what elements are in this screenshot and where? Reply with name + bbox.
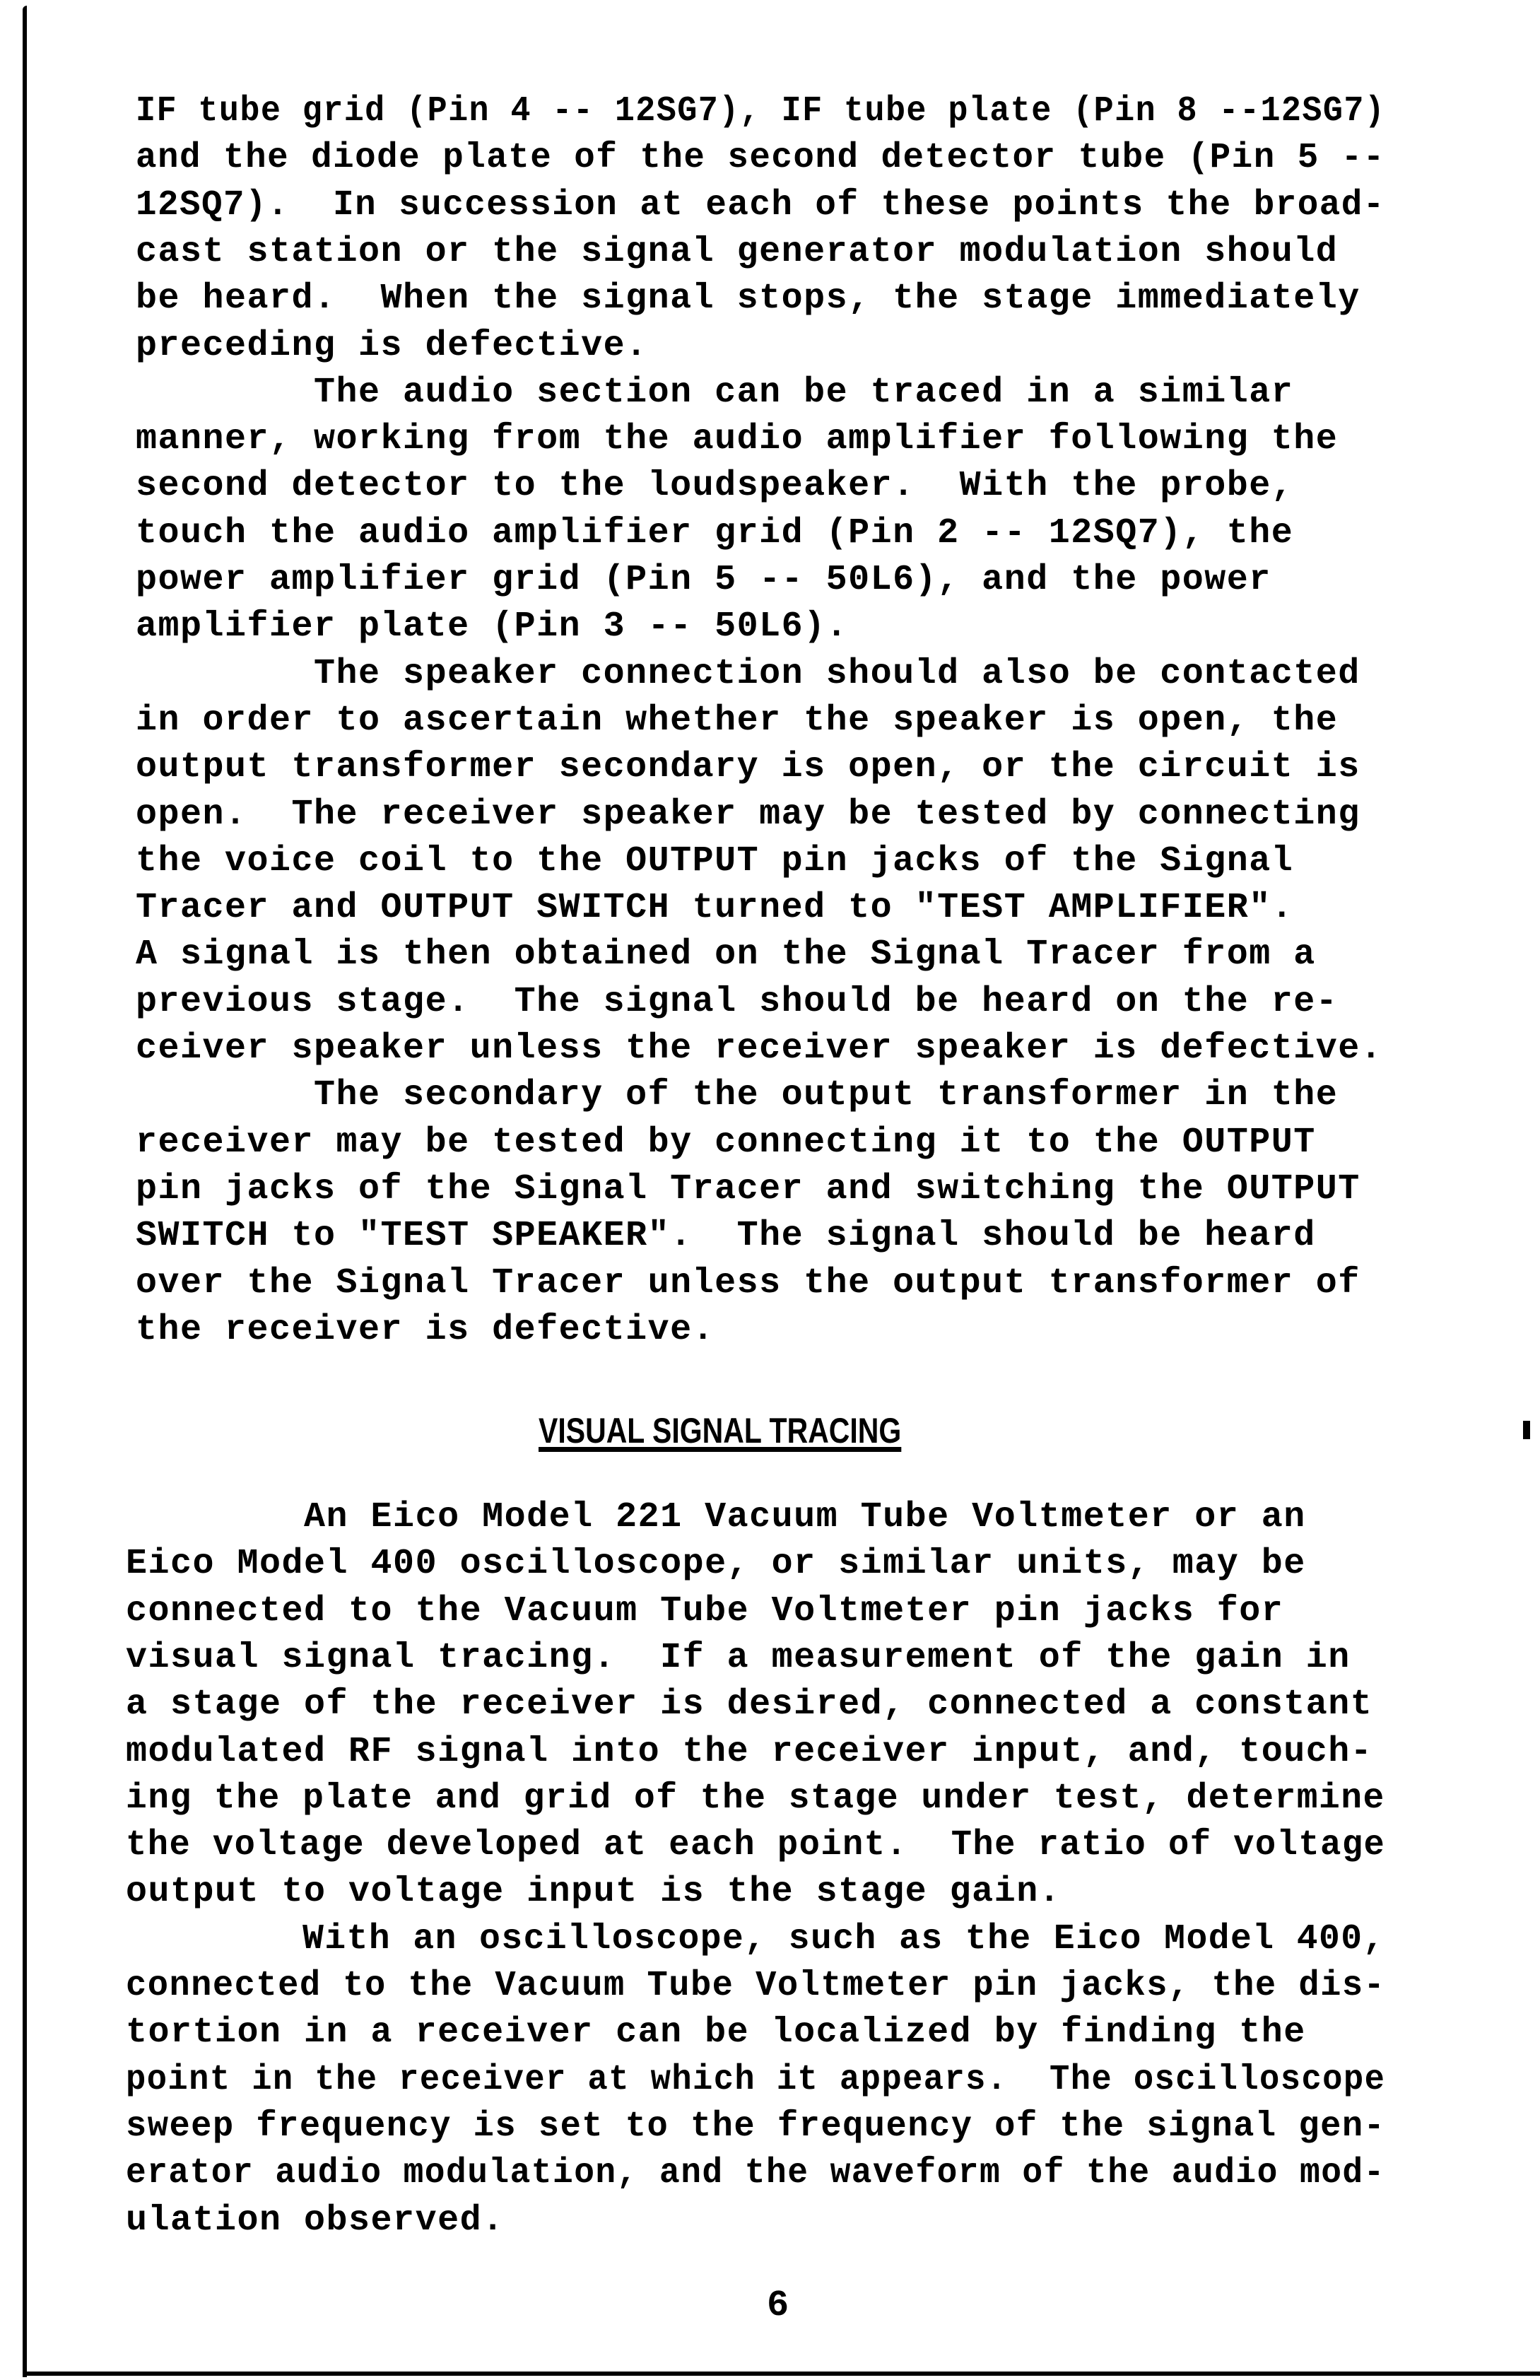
text-line: a stage of the receiver is desired, conn… (126, 1684, 1373, 1726)
text-line: modulated RF signal into the receiver in… (126, 1731, 1373, 1774)
text-line: the voltage developed at each point. The… (126, 1824, 1385, 1867)
scan-artifact (1523, 1421, 1530, 1439)
text-line: previous stage. The signal should be hea… (136, 981, 1338, 1024)
text-line: The speaker connection should also be co… (136, 653, 1360, 696)
text-line: sweep frequency is set to the frequency … (126, 2106, 1385, 2148)
text-line: ing the plate and grid of the stage unde… (126, 1778, 1385, 1820)
text-line: receiver may be tested by connecting it … (136, 1122, 1316, 1164)
text-line: connected to the Vacuum Tube Voltmeter p… (126, 1965, 1385, 2007)
text-line: erator audio modulation, and the wavefor… (126, 2152, 1385, 2195)
text-line: in order to ascertain whether the speake… (136, 700, 1338, 742)
bottom-border-rule (23, 2372, 1540, 2376)
text-line: 12SQ7). In succession at each of these p… (136, 184, 1385, 227)
text-line: second detector to the loudspeaker. With… (136, 465, 1293, 508)
text-line: output to voltage input is the stage gai… (126, 1871, 1061, 1913)
text-line: ulation observed. (126, 2200, 505, 2242)
text-line: tortion in a receiver can be localized b… (126, 2012, 1306, 2054)
text-line: An Eico Model 221 Vacuum Tube Voltmeter … (126, 1496, 1306, 1539)
section-heading: VISUAL SIGNAL TRACING (539, 1409, 901, 1452)
text-line: the receiver is defective. (136, 1309, 715, 1352)
text-line: point in the receiver at which it appear… (126, 2059, 1385, 2101)
text-line: Eico Model 400 oscilloscope, or similar … (126, 1543, 1306, 1585)
text-line: preceding is defective. (136, 325, 648, 368)
text-line: The secondary of the output transformer … (136, 1074, 1338, 1117)
text-line: manner, working from the audio amplifier… (136, 418, 1338, 461)
text-line: pin jacks of the Signal Tracer and switc… (136, 1168, 1360, 1211)
text-line: IF tube grid (Pin 4 -- 12SG7), IF tube p… (136, 90, 1385, 133)
text-line: The audio section can be traced in a sim… (136, 372, 1293, 414)
left-border-rule (23, 6, 27, 2377)
text-line: output transformer secondary is open, or… (136, 746, 1360, 789)
text-line: be heard. When the signal stops, the sta… (136, 278, 1360, 320)
text-line: and the diode plate of the second detect… (136, 137, 1385, 180)
text-line: over the Signal Tracer unless the output… (136, 1262, 1360, 1305)
text-line: amplifier plate (Pin 3 -- 50L6). (136, 606, 848, 648)
document-page: IF tube grid (Pin 4 -- 12SG7), IF tube p… (0, 0, 1540, 2380)
page-number: 6 (767, 2285, 789, 2326)
text-line: touch the audio amplifier grid (Pin 2 --… (136, 512, 1293, 555)
text-line: open. The receiver speaker may be tested… (136, 794, 1360, 836)
text-line: power amplifier grid (Pin 5 -- 50L6), an… (136, 559, 1271, 602)
text-line: connected to the Vacuum Tube Voltmeter p… (126, 1590, 1283, 1633)
text-line: Tracer and OUTPUT SWITCH turned to "TEST… (136, 887, 1293, 930)
text-line: A signal is then obtained on the Signal … (136, 934, 1316, 976)
text-line: SWITCH to "TEST SPEAKER". The signal sho… (136, 1215, 1316, 1258)
text-line: cast station or the signal generator mod… (136, 231, 1338, 274)
text-line: ceiver speaker unless the receiver speak… (136, 1028, 1382, 1070)
text-line: visual signal tracing. If a measurement … (126, 1637, 1351, 1680)
text-line: With an oscilloscope, such as the Eico M… (126, 1918, 1385, 1961)
text-line: the voice coil to the OUTPUT pin jacks o… (136, 840, 1293, 883)
